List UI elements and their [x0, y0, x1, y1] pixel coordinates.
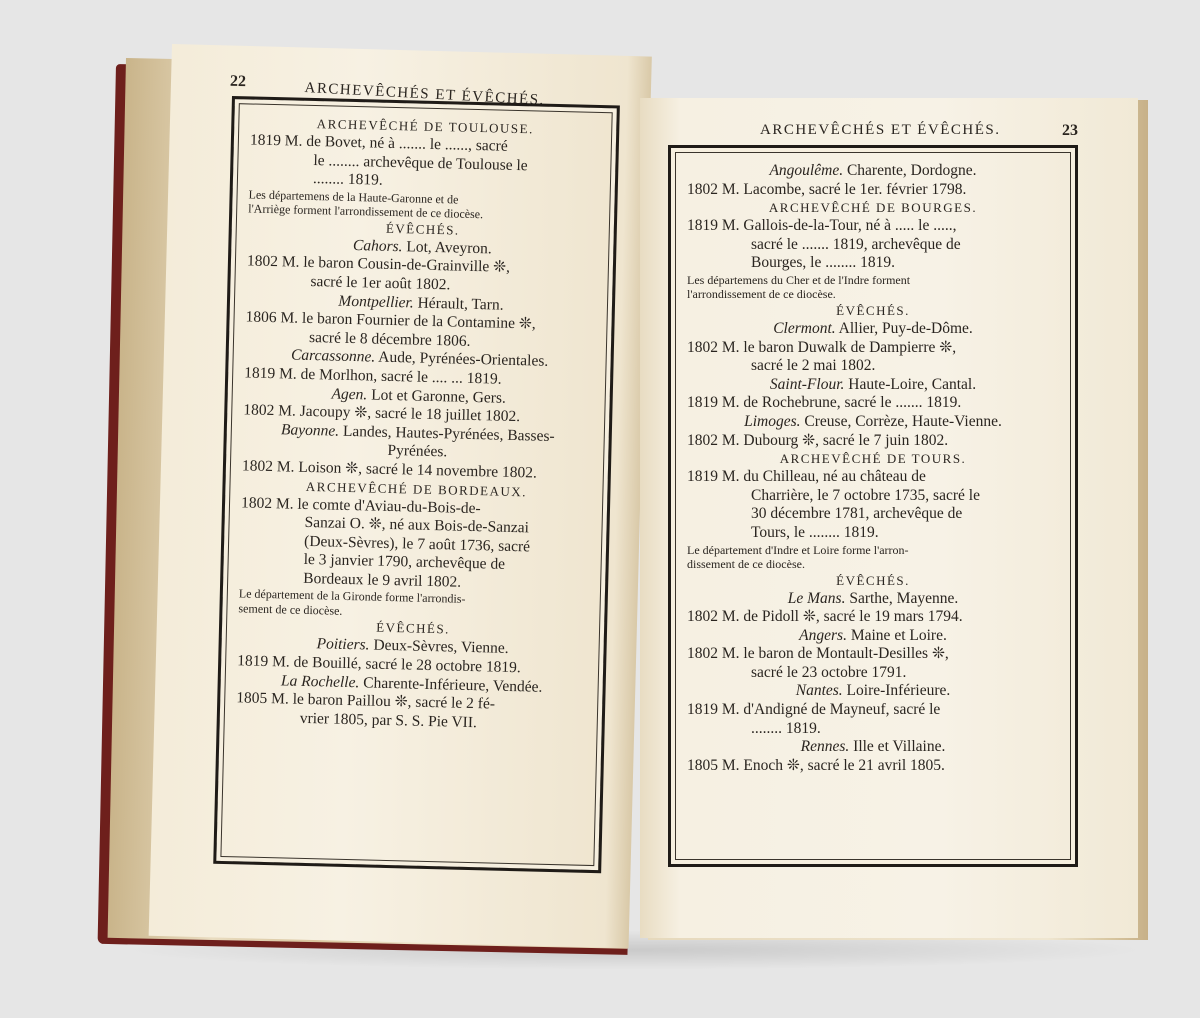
- departments: Loire-Inférieure.: [843, 682, 951, 699]
- see-name: Angers.: [799, 627, 847, 644]
- entry-continuation: sacré le 2 mai 1802.: [687, 357, 1059, 376]
- departments: Lot, Aveyron.: [402, 238, 492, 257]
- see-line: Clermont. Allier, Puy-de-Dôme.: [687, 320, 1059, 339]
- entry-continuation: Bourges, le ........ 1819.: [687, 254, 1059, 273]
- see-name: Clermont.: [773, 320, 835, 337]
- departments: Deux-Sèvres, Vienne.: [369, 637, 508, 657]
- see-name: Nantes.: [796, 682, 843, 699]
- departments: Charente, Dordogne.: [843, 162, 976, 179]
- bishop-entry: 1802 M. le baron de Montault-Desilles ❊,: [687, 645, 1059, 664]
- see-line: Angoulême. Charente, Dordogne.: [687, 162, 1059, 181]
- departments: Aude, Pyrénées-Orientales.: [375, 349, 548, 370]
- diocese-note: Les départemens du Cher et de l'Indre fo…: [687, 273, 1059, 288]
- right-running-head: ARCHEVÊCHÉS ET ÉVÊCHÉS.: [760, 122, 1000, 139]
- bishop-entry: 1819 M. d'Andigné de Mayneuf, sacré le: [687, 701, 1059, 720]
- entry-continuation: 30 décembre 1781, archevêque de: [687, 505, 1059, 524]
- bishop-entry: 1819 M. du Chilleau, né au château de: [687, 468, 1059, 487]
- see-line: Nantes. Loire-Inférieure.: [687, 682, 1059, 701]
- section-heading: ARCHEVÊCHÉ DE BOURGES.: [687, 199, 1059, 217]
- bishop-entry: 1805 M. Enoch ❊, sacré le 21 avril 1805.: [687, 757, 1059, 776]
- see-line: Limoges. Creuse, Corrèze, Haute-Vienne.: [687, 413, 1059, 432]
- section-heading: ÉVÊCHÉS.: [687, 302, 1059, 320]
- departments: Ille et Villaine.: [849, 738, 945, 755]
- departments: Hérault, Tarn.: [414, 294, 504, 313]
- departments: Maine et Loire.: [847, 627, 947, 644]
- see-name: Bayonne.: [281, 421, 340, 439]
- diocese-note: dissement de ce diocèse.: [687, 557, 1059, 572]
- see-name: La Rochelle.: [281, 672, 360, 691]
- section-heading: ÉVÊCHÉS.: [687, 572, 1059, 590]
- bishop-entry: 1819 M. Gallois-de-la-Tour, né à ..... l…: [687, 217, 1059, 236]
- see-name: Rennes.: [801, 738, 850, 755]
- bishop-entry: 1802 M. Lacombe, sacré le 1er. février 1…: [687, 181, 1059, 200]
- bishop-entry: 1819 M. de Rochebrune, sacré le ....... …: [687, 394, 1059, 413]
- see-name: Montpellier.: [338, 292, 414, 311]
- departments: Charente-Inférieure, Vendée.: [359, 674, 542, 695]
- right-text-frame: Angoulême. Charente, Dordogne.1802 M. La…: [668, 145, 1078, 867]
- bishop-entry: 1802 M. de Pidoll ❊, sacré le 19 mars 17…: [687, 608, 1059, 627]
- departments: Creuse, Corrèze, Haute-Vienne.: [801, 413, 1002, 430]
- diocese-note: Le département d'Indre et Loire forme l'…: [687, 543, 1059, 558]
- entry-continuation: ........ 1819.: [687, 720, 1059, 739]
- diocese-note: l'arrondissement de ce diocèse.: [687, 287, 1059, 302]
- see-line: Le Mans. Sarthe, Mayenne.: [687, 590, 1059, 609]
- see-name: Angoulême.: [769, 162, 843, 179]
- section-heading: ARCHEVÊCHÉ DE TOURS.: [687, 450, 1059, 468]
- bishop-entry: 1802 M. Dubourg ❊, sacré le 7 juin 1802.: [687, 432, 1059, 451]
- bishop-entry: 1802 M. le baron Duwalk de Dampierre ❊,: [687, 339, 1059, 358]
- entry-continuation: Charrière, le 7 octobre 1735, sacré le: [687, 487, 1059, 506]
- left-page-text: ARCHEVÊCHÉ DE TOULOUSE.1819 M. de Bovet,…: [236, 113, 601, 735]
- entry-continuation: sacré le ....... 1819, archevêque de: [687, 236, 1059, 255]
- left-page-number: 22: [230, 73, 246, 91]
- departments: Haute-Loire, Cantal.: [844, 376, 976, 393]
- see-name: Cahors.: [353, 237, 403, 255]
- see-name: Saint-Flour.: [770, 376, 845, 393]
- see-name: Agen.: [331, 385, 367, 403]
- right-page-number: 23: [1062, 122, 1078, 140]
- departments: Allier, Puy-de-Dôme.: [836, 320, 973, 337]
- see-line: Angers. Maine et Loire.: [687, 627, 1059, 646]
- see-line: Rennes. Ille et Villaine.: [687, 738, 1059, 757]
- entry-continuation: sacré le 23 octobre 1791.: [687, 664, 1059, 683]
- right-page-text: Angoulême. Charente, Dordogne.1802 M. La…: [687, 162, 1059, 775]
- see-name: Limoges.: [744, 413, 800, 430]
- see-line: Saint-Flour. Haute-Loire, Cantal.: [687, 376, 1059, 395]
- entry-continuation: Tours, le ........ 1819.: [687, 524, 1059, 543]
- left-text-frame: ARCHEVÊCHÉ DE TOULOUSE.1819 M. de Bovet,…: [213, 96, 620, 873]
- see-name: Carcassonne.: [291, 347, 376, 366]
- see-name: Poitiers.: [316, 636, 369, 654]
- departments: Sarthe, Mayenne.: [845, 590, 958, 607]
- see-name: Le Mans.: [788, 590, 846, 607]
- departments: Lot et Garonne, Gers.: [367, 386, 506, 406]
